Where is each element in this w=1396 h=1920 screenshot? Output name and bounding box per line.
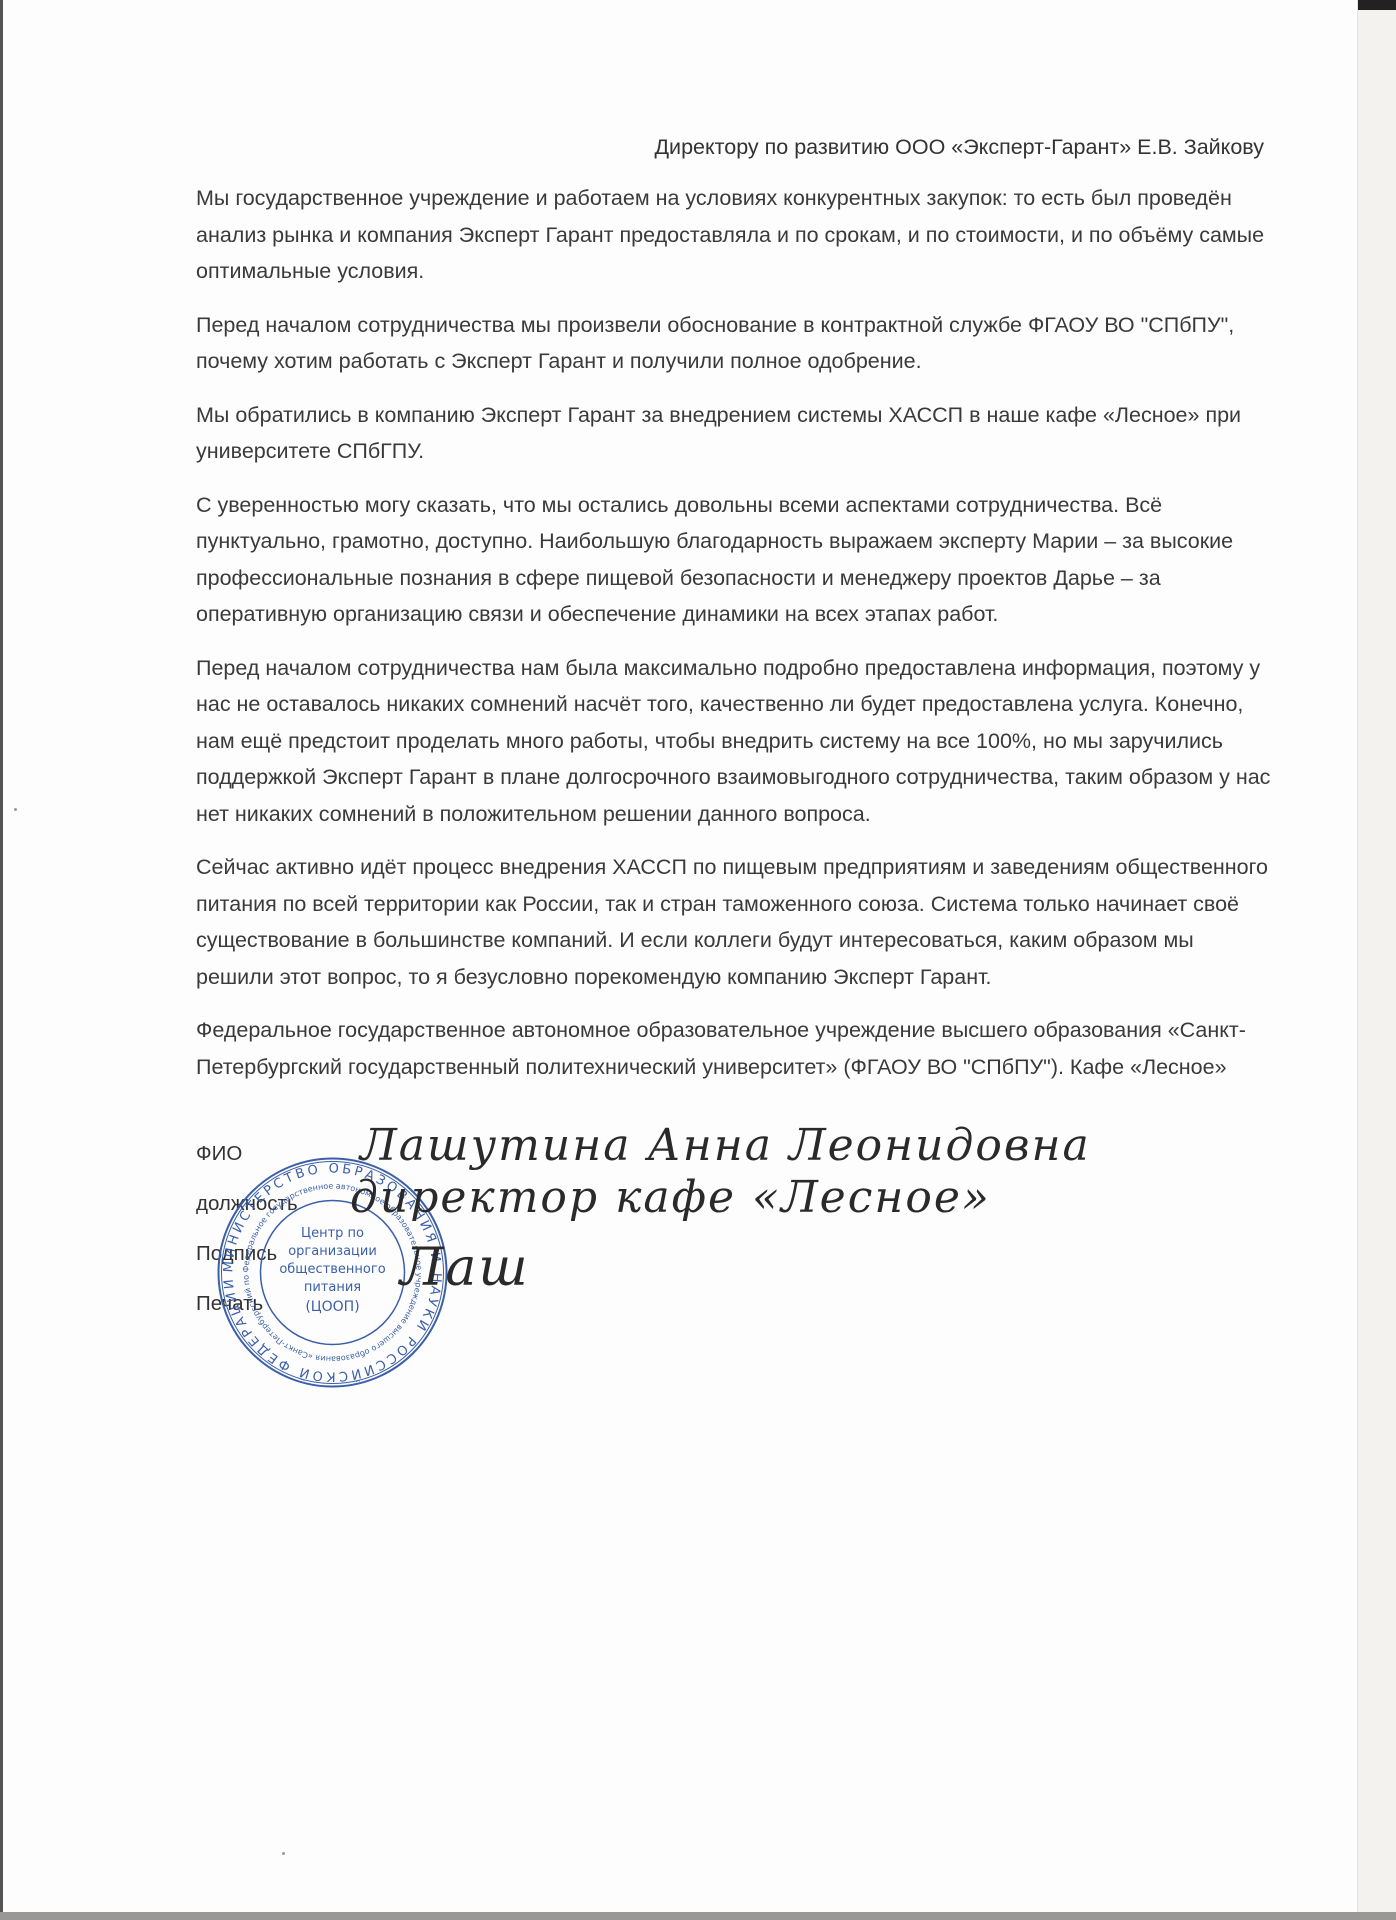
paragraph-information: Перед началом сотрудничества нам была ма… [196,650,1276,833]
letter-body: Мы государственное учреждение и работаем… [196,180,1276,1085]
paragraph-request: Мы обратились в компанию Эксперт Гарант … [196,397,1276,470]
paragraph-procurement: Мы государственное учреждение и работаем… [196,180,1276,290]
paragraph-satisfaction: С уверенностью могу сказать, что мы оста… [196,487,1276,633]
svg-text:(ЦООП): (ЦООП) [305,1299,359,1315]
scan-speck [14,808,17,811]
handwritten-position: директор кафе «Лесное» [350,1172,991,1223]
svg-text:общественного: общественного [279,1262,385,1277]
scan-corner-shadow [1358,0,1396,10]
scan-right-edge [1357,0,1396,1920]
svg-text:питания: питания [304,1280,361,1295]
handwritten-signature: Лаш [400,1238,530,1298]
svg-text:организации: организации [288,1244,377,1259]
addressee-line: Директору по развитию ООО «Эксперт-Гаран… [655,135,1265,160]
paragraph-justification: Перед началом сотрудничества мы произвел… [196,307,1276,380]
scan-bottom-edge [0,1912,1396,1920]
scan-speck [282,1852,285,1855]
scan-left-edge [0,0,3,1920]
svg-text:Центр по: Центр по [301,1226,364,1241]
organization-name: Федеральное государственное автономное о… [196,1012,1276,1085]
handwritten-fio: Лашутина Анна Леонидовна [360,1120,1091,1171]
paragraph-recommendation: Сейчас активно идёт процесс внедрения ХА… [196,849,1276,995]
